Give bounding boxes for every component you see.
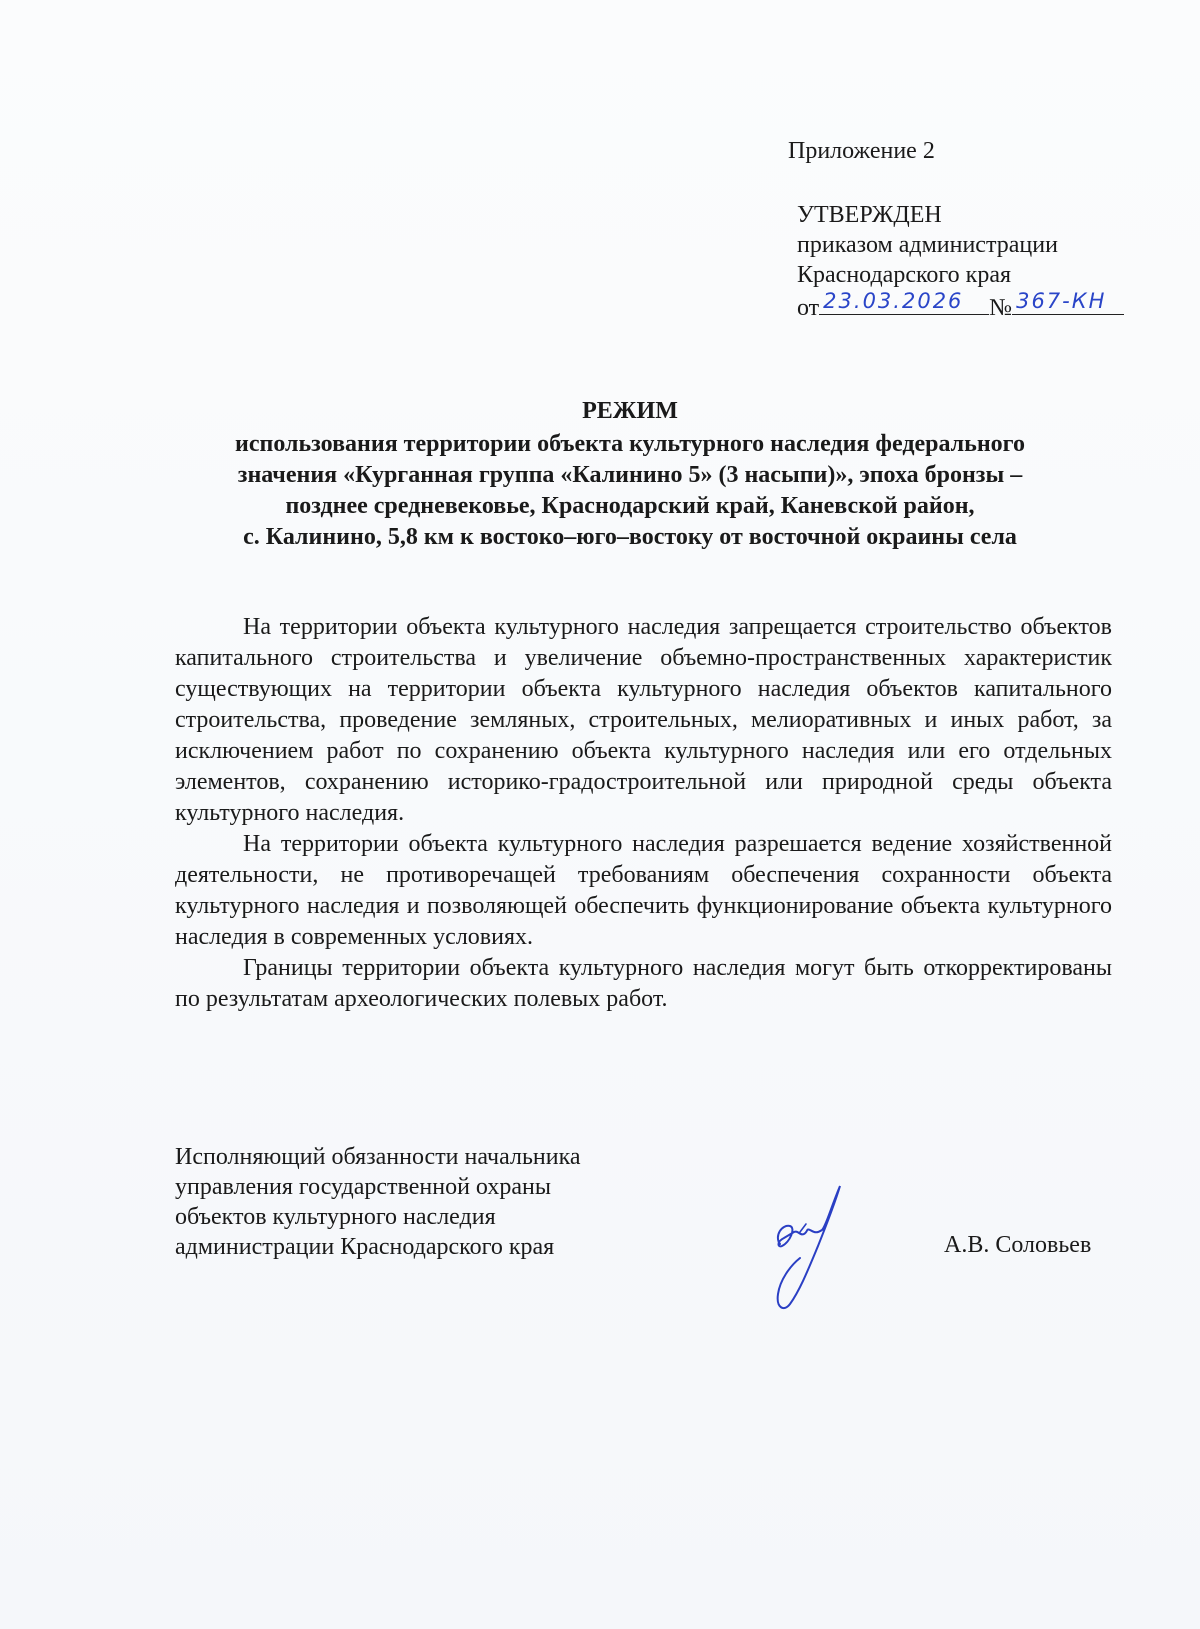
date-prefix: от [797,295,819,321]
position-line-4: администрации Краснодарского края [175,1232,581,1262]
number-prefix: № [989,295,1012,321]
handwritten-date: 23.03.2026 [823,286,963,316]
approval-line-1: приказом администрации [797,230,1124,260]
appendix-label: Приложение 2 [788,136,935,166]
document-body: На территории объекта культурного наслед… [175,612,1112,1015]
paragraph-boundaries: Границы территории объекта культурного н… [175,953,1112,1015]
position-line-2: управления государственной охраны [175,1172,581,1202]
number-field: 367-КН [1012,290,1124,315]
title-line-2: значения «Курганная группа «Калинино 5» … [150,460,1110,491]
order-line: от23.03.2026№367-КН [797,290,1124,323]
approval-stamp: УТВЕРЖДЕН приказом администрации Краснод… [797,200,1124,323]
position-line-1: Исполняющий обязанности начальника [175,1142,581,1172]
approval-status: УТВЕРЖДЕН [797,200,1124,230]
title-line-4: с. Калинино, 5,8 км к востоко–юго–восток… [150,522,1110,553]
title-line-3: позднее средневековье, Краснодарский кра… [150,491,1110,522]
title-line-1: использования территории объекта культур… [150,429,1110,460]
date-field: 23.03.2026 [819,290,989,315]
signer-name: А.В. Соловьев [944,1230,1091,1260]
paragraph-prohibitions: На территории объекта культурного наслед… [175,612,1112,829]
document-title: РЕЖИМ использования территории объекта к… [150,396,1110,553]
document-page: Приложение 2 УТВЕРЖДЕН приказом админист… [0,0,1200,1629]
title-heading: РЕЖИМ [150,396,1110,427]
position-line-3: объектов культурного наследия [175,1202,581,1232]
handwritten-number: 367-КН [1016,286,1106,316]
signature-icon [760,1166,870,1316]
signer-position: Исполняющий обязанности начальника управ… [175,1142,581,1262]
paragraph-permissions: На территории объекта культурного наслед… [175,829,1112,953]
